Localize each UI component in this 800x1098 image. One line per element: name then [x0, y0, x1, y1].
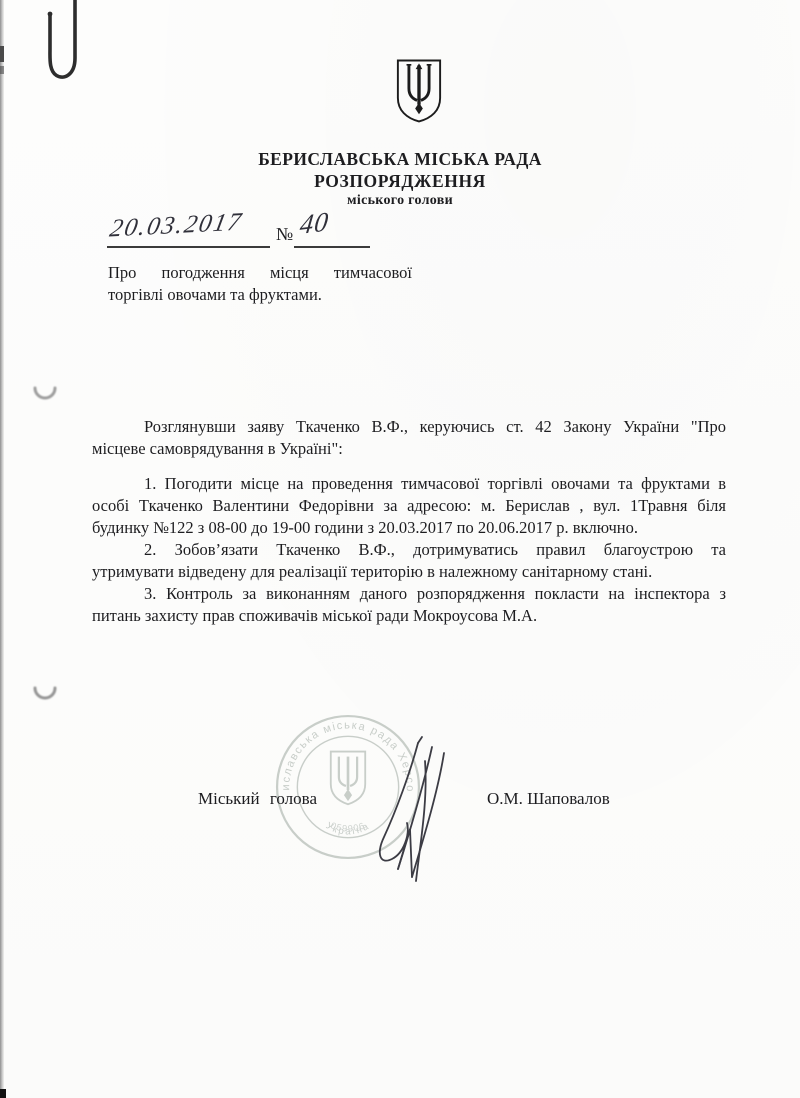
- text-line: Про погодження місця тимчасової: [108, 262, 412, 284]
- text-line: питань захисту прав споживачів міської р…: [92, 605, 726, 627]
- document-body: Розглянувши заяву Ткаченко В.Ф., керуючи…: [92, 416, 726, 627]
- handwritten-date: 20.03.2017: [107, 208, 245, 243]
- item-3-paragraph: 3. Контроль за виконанням даного розпоря…: [92, 583, 726, 627]
- signer-title: Міський голова: [198, 789, 317, 809]
- text-line: особі Ткаченко Валентини Федорівни за ад…: [92, 495, 726, 517]
- number-sign: №: [276, 224, 293, 245]
- tryzub-emblem-icon: [395, 58, 443, 124]
- document-author-line: міського голови: [0, 193, 800, 209]
- text-line: місцеве самоврядування в Україні":: [92, 438, 726, 460]
- edge-smudge: [0, 46, 4, 62]
- text-line: 3. Контроль за виконанням даного розпоря…: [92, 583, 726, 605]
- punch-hole-shadow: [32, 682, 58, 702]
- item-2-paragraph: 2. Зобов’язати Ткаченко В.Ф., дотримуват…: [92, 539, 726, 583]
- edge-smudge: [0, 66, 4, 74]
- number-underline: [294, 246, 370, 248]
- signature-ink: [352, 733, 477, 883]
- signer-name: О.М. Шаповалов: [487, 789, 610, 809]
- text-line: торгівлі овочами та фруктами.: [108, 284, 412, 306]
- text-line: 1. Погодити місце на проведення тимчасов…: [92, 473, 726, 495]
- paperclip-icon: [38, 0, 90, 92]
- item-1-paragraph: 1. Погодити місце на проведення тимчасов…: [92, 473, 726, 539]
- preamble-paragraph: Розглянувши заяву Ткаченко В.Ф., керуючи…: [92, 416, 726, 460]
- punch-hole-shadow: [32, 382, 58, 402]
- corner-smudge: [0, 1089, 6, 1098]
- date-underline: [107, 246, 270, 248]
- text-line: утримувати відведену для реалізації тери…: [92, 561, 726, 583]
- subject-paragraph: Про погодження місця тимчасовоїторгівлі …: [108, 262, 412, 306]
- text-line: будинку №122 з 08-00 до 19-00 години з 2…: [92, 517, 726, 539]
- scanned-document-page: БЕРИСЛАВСЬКА МІСЬКА РАДА РОЗПОРЯДЖЕННЯ м…: [0, 0, 800, 1098]
- text-line: 2. Зобов’язати Ткаченко В.Ф., дотримуват…: [92, 539, 726, 561]
- organization-name: БЕРИСЛАВСЬКА МІСЬКА РАДА: [0, 149, 800, 170]
- handwritten-number: 40: [298, 206, 331, 241]
- text-line: Розглянувши заяву Ткаченко В.Ф., керуючи…: [92, 416, 726, 438]
- document-type-title: РОЗПОРЯДЖЕННЯ: [0, 171, 800, 192]
